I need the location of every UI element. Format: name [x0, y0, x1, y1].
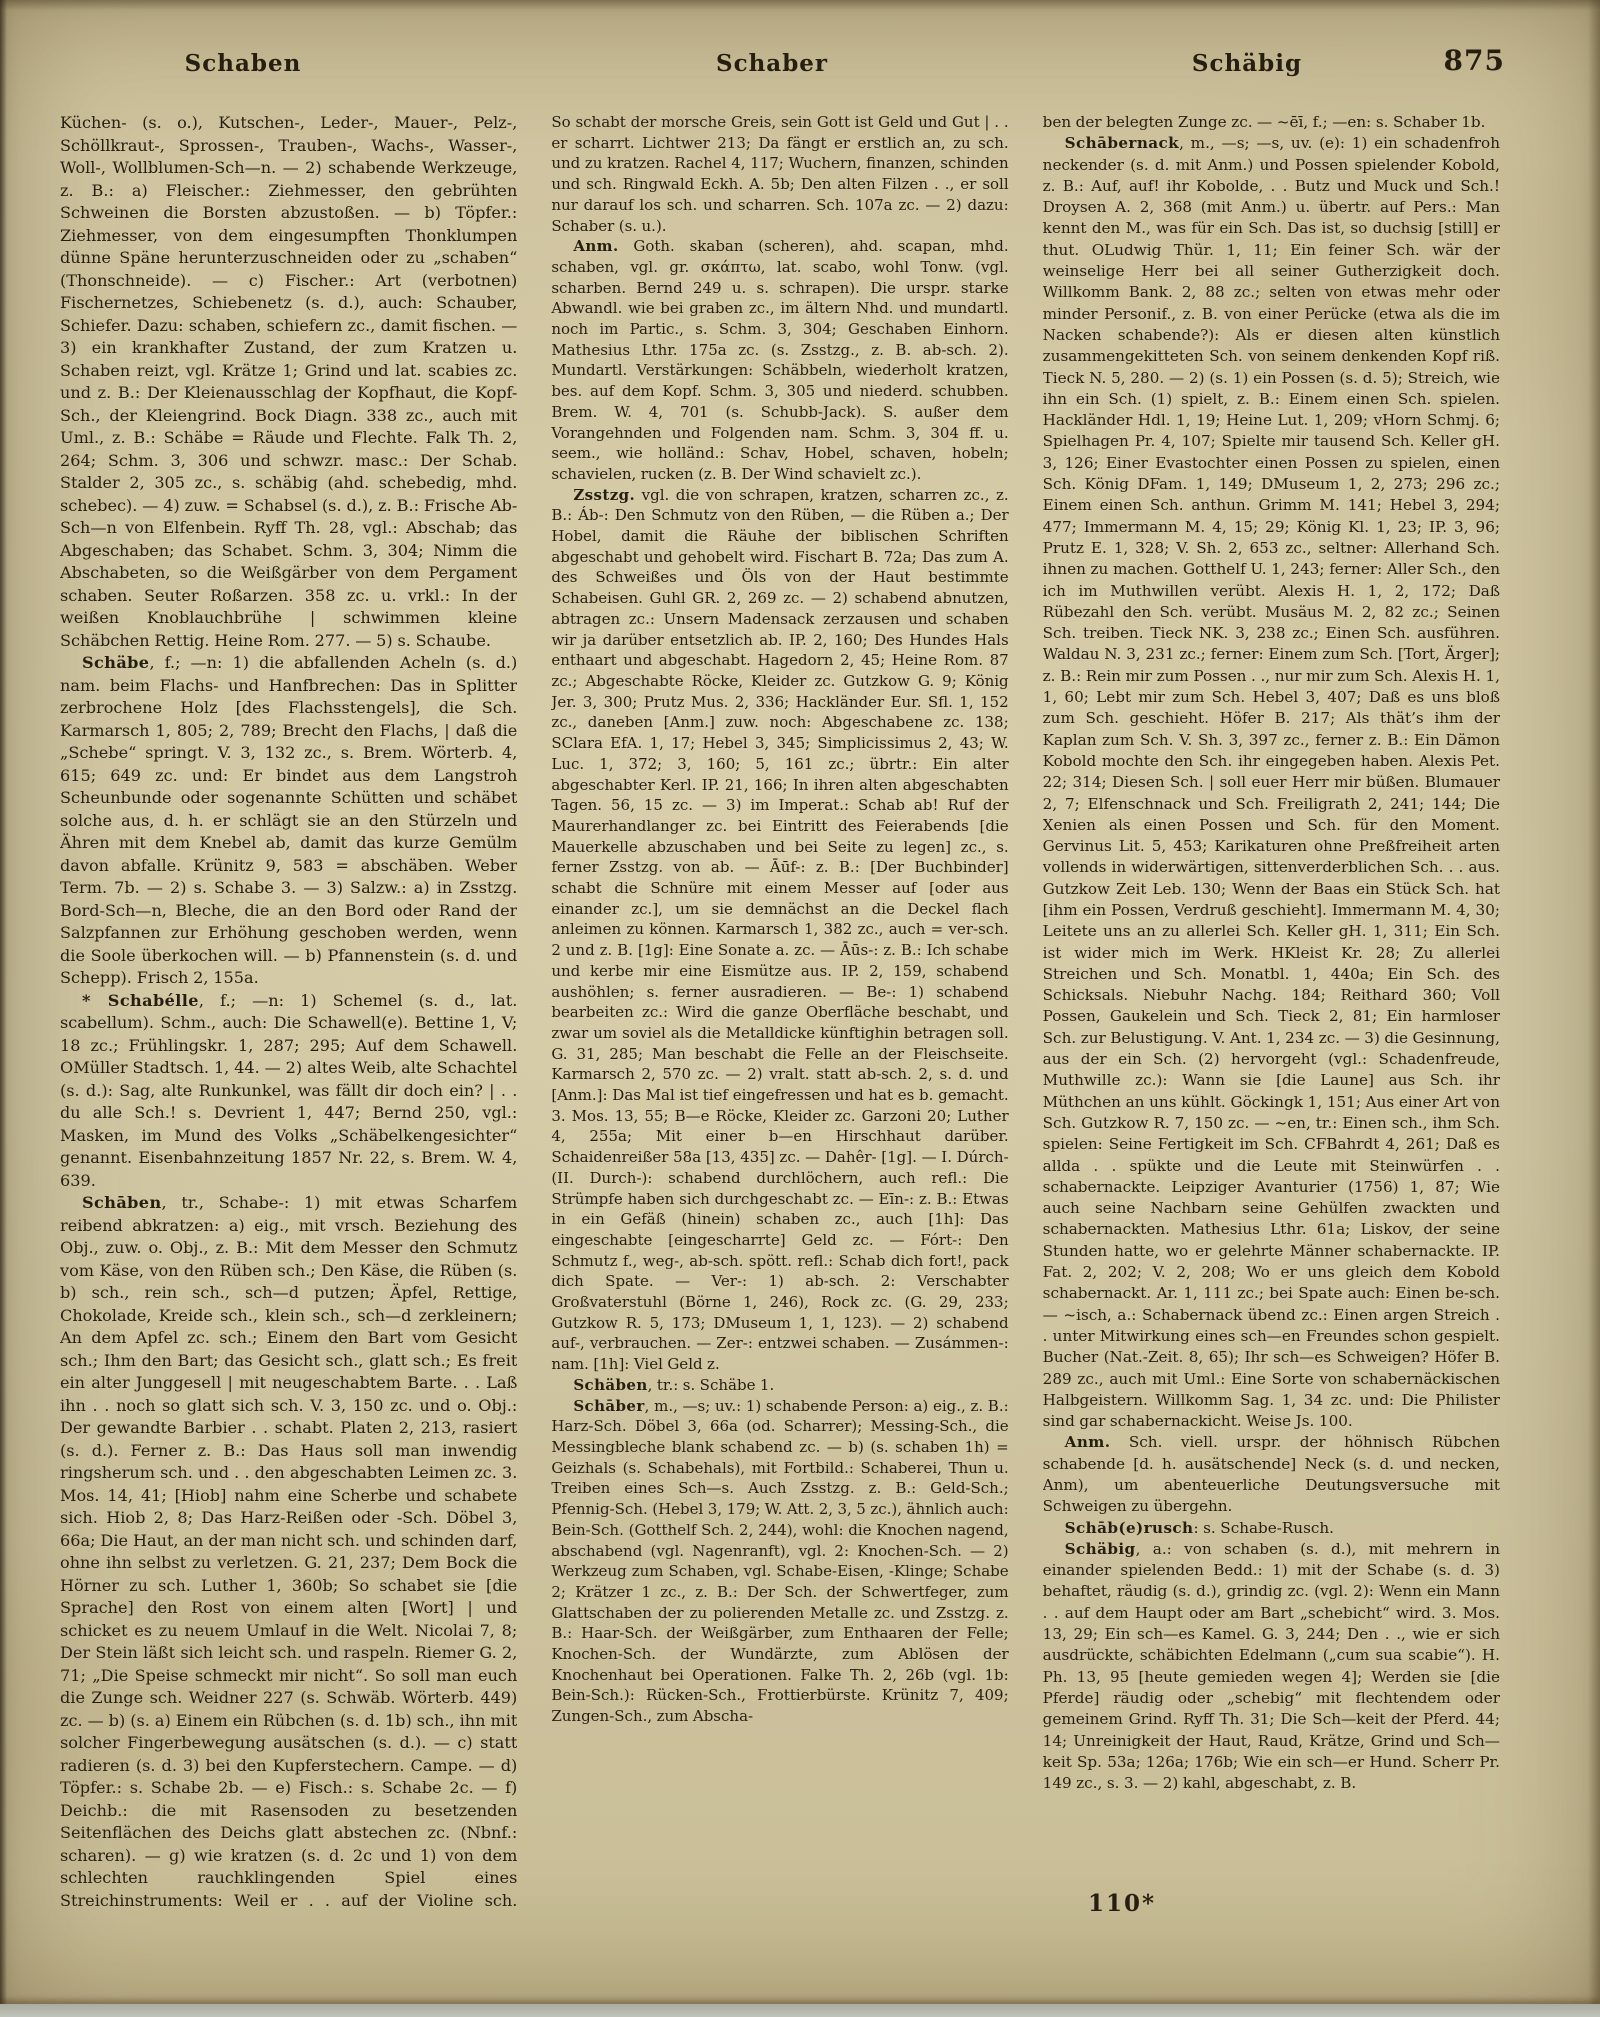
- entry-text: , m., —s; uv.: 1) schabende Person: a) e…: [551, 1397, 1008, 1726]
- page-edge-top: [0, 0, 1600, 10]
- entry-text: , tr.: s. Schäbe 1.: [648, 1376, 775, 1394]
- text-columns: Küchen- (s. o.), Kutschen-, Leder-, Maue…: [60, 112, 1500, 1914]
- column-2: So schabt der morsche Greis, sein Gott i…: [551, 112, 1008, 1914]
- entry-text: Sch. viell. urspr. der höhnisch Rübchen …: [1043, 1433, 1500, 1515]
- entry-continuation: Küchen- (s. o.), Kutschen-, Leder-, Maue…: [60, 112, 517, 652]
- page-edge-right: [1588, 0, 1600, 2017]
- page-edge-bottom: [0, 2004, 1600, 2017]
- dictionary-scan-page: Schaben Schaber Schäbig 875 Küchen- (s. …: [0, 0, 1600, 2017]
- entry-continuation: ben der belegten Zunge zc. — ~ēī, f.; —e…: [1043, 112, 1500, 133]
- entry-headword: Schāber: [573, 1397, 644, 1415]
- page-edge-left: [0, 0, 7, 2017]
- entry-zusammensetzungen: Zsstzg. vgl. die von schrapen, kratzen, …: [551, 485, 1008, 1375]
- running-head-right: Schäbig: [1192, 50, 1302, 77]
- column-1: Küchen- (s. o.), Kutschen-, Leder-, Maue…: [60, 112, 517, 1914]
- entry-headword: Schāben: [82, 1193, 162, 1212]
- entry-headword: Schäbe: [82, 653, 149, 672]
- entry-headword: Schābernack: [1065, 134, 1179, 152]
- entry-headword: Anm.: [1065, 1433, 1111, 1451]
- entry-headword: * Schabélle: [82, 991, 199, 1010]
- entry-schabernack: Schābernack, m., —s; —s, uv. (e): 1) ein…: [1043, 133, 1500, 1432]
- entry-text: , m., —s; —s, uv. (e): 1) ein schadenfro…: [1043, 134, 1500, 1430]
- entry-text: , f.; —n: 1) die abfallenden Acheln (s. …: [60, 653, 517, 987]
- entry-text: Küchen- (s. o.), Kutschen-, Leder-, Maue…: [60, 113, 517, 650]
- signature-mark: 110*: [1088, 1890, 1156, 1917]
- entry-headword: Zsstzg.: [573, 486, 635, 504]
- entry-headword: Schäbig: [1065, 1540, 1136, 1558]
- entry-schaber: Schāber, m., —s; uv.: 1) schabende Perso…: [551, 1396, 1008, 1727]
- column-3: ben der belegten Zunge zc. — ~ēī, f.; —e…: [1043, 112, 1500, 1914]
- entry-text: , a.: von schaben (s. d.), mit mehrern i…: [1043, 1540, 1500, 1792]
- entry-text: So schabt der morsche Greis, sein Gott i…: [551, 113, 1008, 235]
- entry-schaben-verb: Schāben, tr., Schabe-: 1) mit etwas Scha…: [60, 1192, 517, 1914]
- entry-headword: Schäben: [573, 1376, 647, 1394]
- entry-text: vgl. die von schrapen, kratzen, scharren…: [551, 486, 1008, 1374]
- entry-anmerkung: Anm. Goth. skaban (scheren), ahd. scapan…: [551, 236, 1008, 484]
- entry-text: : s. Schabe-Rusch.: [1194, 1519, 1335, 1537]
- entry-continuation: So schabt der morsche Greis, sein Gott i…: [551, 112, 1008, 236]
- entry-headword: Schāb(e)rusch: [1065, 1519, 1194, 1537]
- entry-text: ben der belegten Zunge zc. — ~ēī, f.; —e…: [1043, 113, 1486, 131]
- entry-anmerkung: Anm. Sch. viell. urspr. der höhnisch Rüb…: [1043, 1432, 1500, 1517]
- entry-text: Goth. skaban (scheren), ahd. scapan, mhd…: [551, 237, 1008, 483]
- entry-schaberusch: Schāb(e)rusch: s. Schabe-Rusch.: [1043, 1518, 1500, 1539]
- running-head-center: Schaber: [716, 50, 828, 77]
- entry-text: , tr., Schabe-: 1) mit etwas Scharfem re…: [60, 1193, 517, 1914]
- page-number: 875: [1444, 44, 1505, 77]
- entry-schaebe: Schäbe, f.; —n: 1) die abfallenden Achel…: [60, 652, 517, 990]
- entry-text: , f.; —n: 1) Schemel (s. d., lat. scabel…: [60, 991, 517, 1190]
- entry-headword: Anm.: [573, 237, 618, 255]
- running-head-left: Schaben: [185, 50, 302, 77]
- entry-schaebig: Schäbig, a.: von schaben (s. d.), mit me…: [1043, 1539, 1500, 1795]
- entry-schaeben: Schäben, tr.: s. Schäbe 1.: [551, 1375, 1008, 1396]
- entry-schabelle: * Schabélle, f.; —n: 1) Schemel (s. d., …: [60, 990, 517, 1193]
